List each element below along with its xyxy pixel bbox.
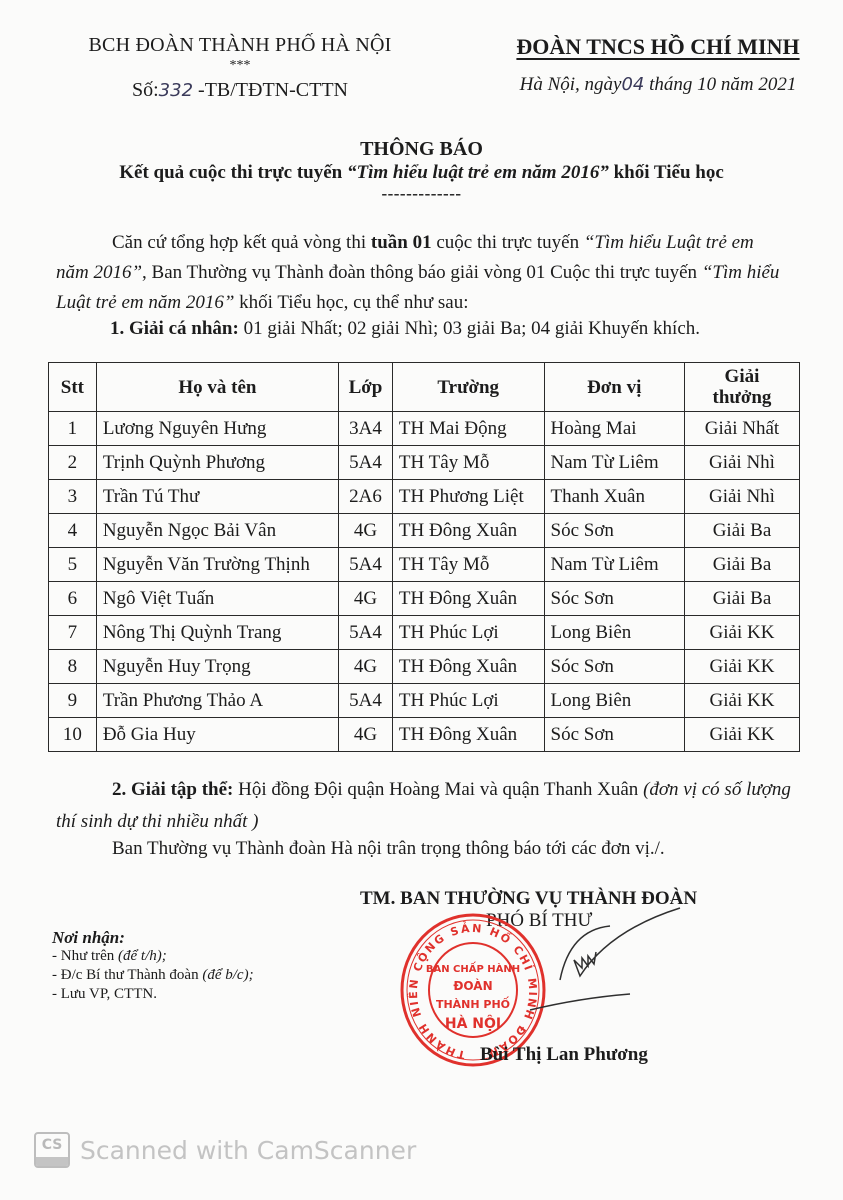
cell-prize: Giải KK [684,650,799,684]
recipient-item: - Lưu VP, CTTN. [52,985,254,1004]
intro-paragraph: Căn cứ tổng hợp kết quả vòng thi tuần 01… [56,228,786,318]
cell-unit: Long Biên [544,616,684,650]
union-name: ĐOÀN TNCS HỒ CHÍ MINH [478,34,838,60]
cell-name: Trần Phương Thảo A [96,684,338,718]
cell-class: 5A4 [339,548,393,582]
header-stt: Stt [49,363,97,412]
cell-school: TH Mai Động [392,412,544,446]
cell-unit: Nam Từ Liêm [544,548,684,582]
cell-name: Trịnh Quỳnh Phương [96,446,338,480]
header-prize-line2: thưởng [713,387,772,408]
cell-name: Nông Thị Quỳnh Trang [96,616,338,650]
cell-school: TH Tây Mỗ [392,446,544,480]
camscanner-watermark: CS Scanned with CamScanner [34,1132,416,1168]
recipient-note: (để b/c); [202,967,253,983]
cell-school: TH Đông Xuân [392,650,544,684]
cell-name: Đỗ Gia Huy [96,718,338,752]
round-label: tuần 01 [371,232,432,253]
cell-name: Trần Tú Thư [96,480,338,514]
watermark-text: Scanned with CamScanner [80,1136,416,1165]
table-row: 9Trần Phương Thảo A5A4TH Phúc LợiLong Bi… [49,684,800,718]
recipients-block: Nơi nhận: - Như trên (để t/h); - Đ/c Bí … [52,928,254,1004]
cell-prize: Giải Nhì [684,480,799,514]
table-body: 1Lương Nguyên Hưng3A4TH Mai ĐộngHoàng Ma… [49,412,800,752]
cell-stt: 10 [49,718,97,752]
closing-statement: Ban Thường vụ Thành đoàn Hà nội trân trọ… [112,838,665,860]
table-row: 8Nguyễn Huy Trọng4GTH Đông XuânSóc SơnGi… [49,650,800,684]
issuing-organization: BCH ĐOÀN THÀNH PHỐ HÀ NỘI [60,34,420,57]
contest-name: “Tìm hiểu luật trẻ em năm 2016” [347,162,609,183]
cell-unit: Hoàng Mai [544,412,684,446]
cell-unit: Nam Từ Liêm [544,446,684,480]
cell-unit: Sóc Sơn [544,718,684,752]
cell-school: TH Phúc Lợi [392,684,544,718]
table-row: 6Ngô Việt Tuấn4GTH Đông XuânSóc SơnGiải … [49,582,800,616]
recipient-text: - Đ/c Bí thư Thành đoàn [52,967,202,983]
cell-prize: Giải KK [684,684,799,718]
cell-class: 5A4 [339,684,393,718]
cell-class: 5A4 [339,446,393,480]
intro-text-2: cuộc thi trực tuyến [432,232,584,253]
table-row: 1Lương Nguyên Hưng3A4TH Mai ĐộngHoàng Ma… [49,412,800,446]
cell-stt: 9 [49,684,97,718]
title-separator: ------------- [0,184,843,204]
cell-name: Nguyễn Huy Trọng [96,650,338,684]
intro-text: Căn cứ tổng hợp kết quả vòng thi [112,232,371,253]
collective-prize-paragraph: 2. Giải tập thể: Hội đồng Đội quận Hoàng… [56,774,796,838]
header-school: Trường [392,363,544,412]
national-header-block: ĐOÀN TNCS HỒ CHÍ MINH Hà Nội, ngày04 thá… [478,34,838,96]
header-unit: Đơn vị [544,363,684,412]
table-row: 3Trần Tú Thư2A6TH Phương LiệtThanh XuânG… [49,480,800,514]
cell-stt: 5 [49,548,97,582]
date-prefix: Hà Nội, ngày [520,74,622,95]
cell-name: Nguyễn Văn Trường Thịnh [96,548,338,582]
cell-name: Ngô Việt Tuấn [96,582,338,616]
camscanner-logo-text: CS [36,1137,68,1153]
cell-class: 4G [339,582,393,616]
recipient-text: - Lưu VP, CTTN. [52,986,157,1002]
cell-prize: Giải Ba [684,514,799,548]
cell-stt: 1 [49,412,97,446]
doc-number-handwritten: 332 [159,80,193,101]
header-name: Họ và tên [96,363,338,412]
table-row: 10Đỗ Gia Huy4GTH Đông XuânSóc SơnGiải KK [49,718,800,752]
cell-school: TH Tây Mỗ [392,548,544,582]
table-row: 4Nguyễn Ngọc Bải Vân4GTH Đông XuânSóc Sơ… [49,514,800,548]
document-title: THÔNG BÁO [0,138,843,161]
cell-stt: 2 [49,446,97,480]
cell-name: Nguyễn Ngọc Bải Vân [96,514,338,548]
cell-unit: Sóc Sơn [544,514,684,548]
camscanner-logo-icon: CS [34,1132,70,1168]
cell-school: TH Đông Xuân [392,718,544,752]
table-header-row: Stt Họ và tên Lớp Trường Đơn vị Giảithưở… [49,363,800,412]
issuing-authority-block: BCH ĐOÀN THÀNH PHỐ HÀ NỘI *** Số:332 -TB… [60,34,420,102]
cell-stt: 4 [49,514,97,548]
cell-unit: Thanh Xuân [544,480,684,514]
decorative-stars: *** [60,59,420,73]
handwritten-signature [470,900,710,1020]
subtitle-grade: khối Tiểu học [609,162,724,183]
cell-prize: Giải Nhì [684,446,799,480]
cell-class: 4G [339,514,393,548]
document-number: Số:332 -TB/TĐTN-CTTN [60,79,420,102]
header-class: Lớp [339,363,393,412]
recipient-item: - Đ/c Bí thư Thành đoàn (để b/c); [52,966,254,985]
table-row: 5Nguyễn Văn Trường Thịnh5A4TH Tây MỗNam … [49,548,800,582]
cell-class: 4G [339,718,393,752]
item2-text: Hội đồng Đội quận Hoàng Mai và quận Than… [233,779,643,800]
date-rest: tháng 10 năm 2021 [644,74,796,95]
document-subtitle: Kết quả cuộc thi trực tuyến “Tìm hiểu lu… [0,162,843,184]
cell-stt: 6 [49,582,97,616]
table-row: 2Trịnh Quỳnh Phương5A4TH Tây MỗNam Từ Li… [49,446,800,480]
cell-stt: 8 [49,650,97,684]
cell-prize: Giải Ba [684,582,799,616]
cell-unit: Sóc Sơn [544,650,684,684]
issue-date: Hà Nội, ngày04 tháng 10 năm 2021 [478,74,838,96]
header-prize: Giảithưởng [684,363,799,412]
cell-class: 4G [339,650,393,684]
recipients-heading: Nơi nhận: [52,928,254,947]
cell-school: TH Đông Xuân [392,514,544,548]
signer-name: Bùi Thị Lan Phương [480,1044,648,1066]
recipient-note: (để t/h); [118,948,167,964]
table-row: 7Nông Thị Quỳnh Trang5A4TH Phúc LợiLong … [49,616,800,650]
cell-prize: Giải KK [684,718,799,752]
intro-text-4: khối Tiểu học, cụ thể như sau: [234,292,468,313]
doc-number-prefix: Số: [132,79,159,101]
cell-school: TH Phương Liệt [392,480,544,514]
recipient-text: - Như trên [52,948,118,964]
individual-prizes-summary: 1. Giải cá nhân: 01 giải Nhất; 02 giải N… [110,318,700,340]
recipient-item: - Như trên (để t/h); [52,947,254,966]
cell-class: 5A4 [339,616,393,650]
item1-text: 01 giải Nhất; 02 giải Nhì; 03 giải Ba; 0… [239,318,700,339]
cell-unit: Sóc Sơn [544,582,684,616]
item1-label: 1. Giải cá nhân: [110,318,239,339]
cell-prize: Giải Ba [684,548,799,582]
cell-school: TH Phúc Lợi [392,616,544,650]
cell-prize: Giải KK [684,616,799,650]
doc-number-suffix: -TB/TĐTN-CTTN [193,79,348,101]
cell-prize: Giải Nhất [684,412,799,446]
cell-name: Lương Nguyên Hưng [96,412,338,446]
subtitle-text: Kết quả cuộc thi trực tuyến [119,162,347,183]
cell-stt: 3 [49,480,97,514]
cell-class: 3A4 [339,412,393,446]
header-prize-line1: Giải [725,366,760,387]
item2-label: 2. Giải tập thể: [112,779,233,800]
cell-class: 2A6 [339,480,393,514]
date-day-handwritten: 04 [621,74,644,95]
intro-text-3: , Ban Thường vụ Thành đoàn thông báo giả… [142,262,702,283]
results-table: Stt Họ và tên Lớp Trường Đơn vị Giảithưở… [48,362,800,752]
cell-stt: 7 [49,616,97,650]
cell-unit: Long Biên [544,684,684,718]
cell-school: TH Đông Xuân [392,582,544,616]
